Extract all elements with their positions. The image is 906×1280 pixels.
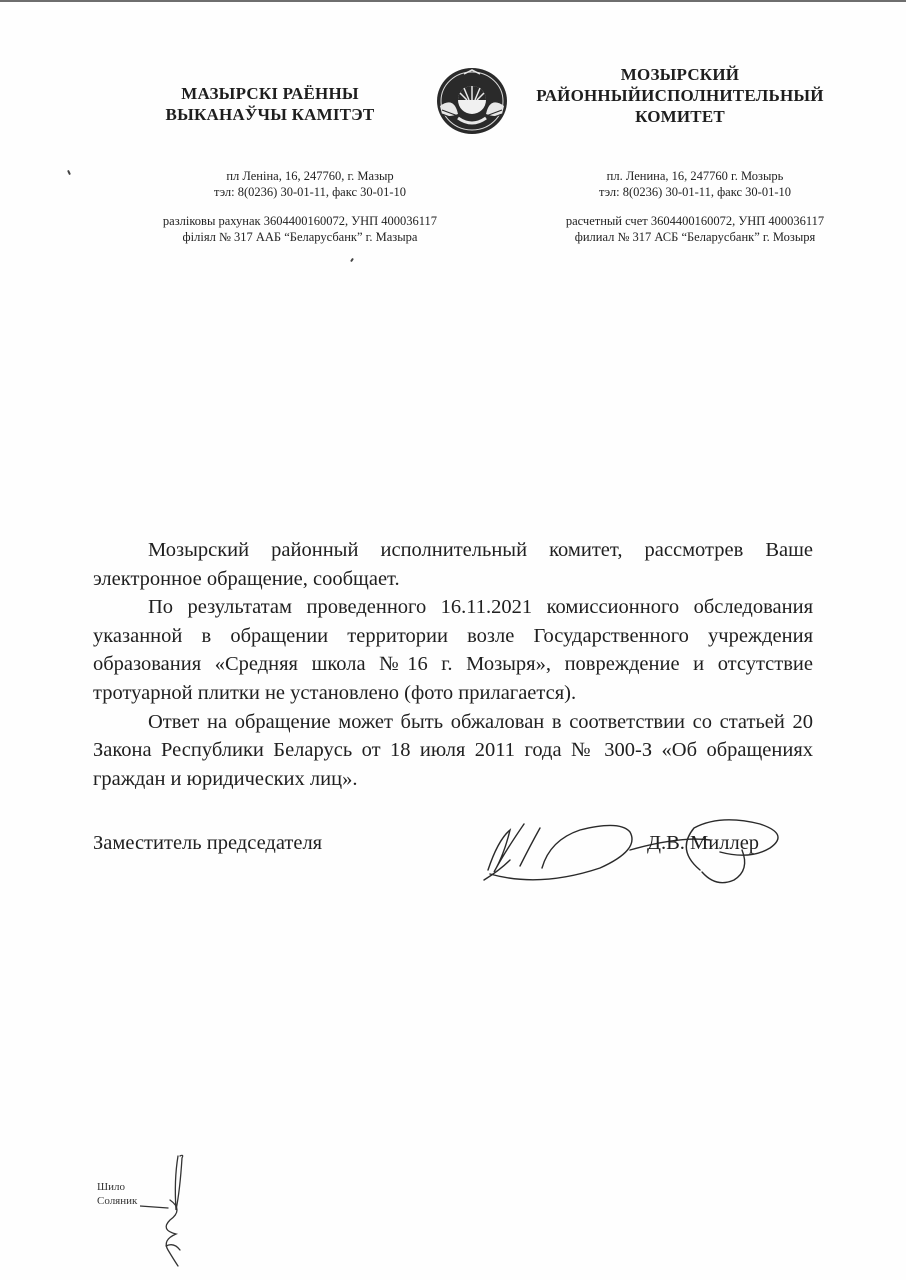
bank-ru: филиал № 317 АСБ “Беларусбанк” г. Мозыря	[535, 229, 855, 245]
address-belarusian: пл Леніна, 16, 247760, г. Мазыр тэл: 8(0…	[160, 168, 460, 200]
executor-names: Шило Соляник	[97, 1180, 137, 1208]
account-by: разліковы рахунак 3604400160072, УНП 400…	[130, 213, 470, 229]
org-name-belarusian: МАЗЫРСКІ РАЁННЫ ВЫКАНАЎЧЫ КАМІТЭТ	[120, 83, 420, 125]
address-by: пл Леніна, 16, 247760, г. Мазыр	[160, 168, 460, 184]
bank-details-belarusian: разліковы рахунак 3604400160072, УНП 400…	[130, 213, 470, 245]
signatory-name: Д.В. Миллер	[647, 832, 759, 855]
letter-page: МАЗЫРСКІ РАЁННЫ ВЫКАНАЎЧЫ КАМІТЭТ МОЗЫРС…	[0, 2, 906, 1280]
body-paragraph-1: Мозырский районный исполнительный комите…	[93, 536, 813, 593]
executor-line2: Соляник	[97, 1194, 137, 1208]
org-name-russian: МОЗЫРСКИЙ РАЙОННЫЙИСПОЛНИТЕЛЬНЫЙ КОМИТЕТ	[510, 64, 850, 127]
scan-speck	[67, 170, 71, 175]
letter-body: Мозырский районный исполнительный комите…	[93, 536, 813, 793]
org-name-by-line1: МАЗЫРСКІ РАЁННЫ	[120, 83, 420, 104]
body-paragraph-2: По результатам проведенного 16.11.2021 к…	[93, 593, 813, 707]
account-ru: расчетный счет 3604400160072, УНП 400036…	[535, 213, 855, 229]
executor-signature-icon	[140, 1150, 200, 1270]
executor-line1: Шило	[97, 1180, 137, 1194]
scan-speck	[350, 258, 354, 262]
phone-ru: тэл: 8(0236) 30-01-11, факс 30-01-10	[545, 184, 845, 200]
signatory-position: Заместитель председателя	[93, 832, 322, 855]
org-name-by-line2: ВЫКАНАЎЧЫ КАМІТЭТ	[120, 104, 420, 125]
state-emblem-icon	[434, 66, 510, 136]
org-name-ru-line3: КОМИТЕТ	[510, 106, 850, 127]
bank-by: філіял № 317 ААБ “Беларусбанк” г. Мазыра	[130, 229, 470, 245]
body-paragraph-3: Ответ на обращение может быть обжалован …	[93, 708, 813, 794]
phone-by: тэл: 8(0236) 30-01-11, факс 30-01-10	[160, 184, 460, 200]
bank-details-russian: расчетный счет 3604400160072, УНП 400036…	[535, 213, 855, 245]
org-name-ru-line1: МОЗЫРСКИЙ	[510, 64, 850, 85]
org-name-ru-line2: РАЙОННЫЙИСПОЛНИТЕЛЬНЫЙ	[510, 85, 850, 106]
address-russian: пл. Ленина, 16, 247760 г. Мозырь тэл: 8(…	[545, 168, 845, 200]
address-ru: пл. Ленина, 16, 247760 г. Мозырь	[545, 168, 845, 184]
